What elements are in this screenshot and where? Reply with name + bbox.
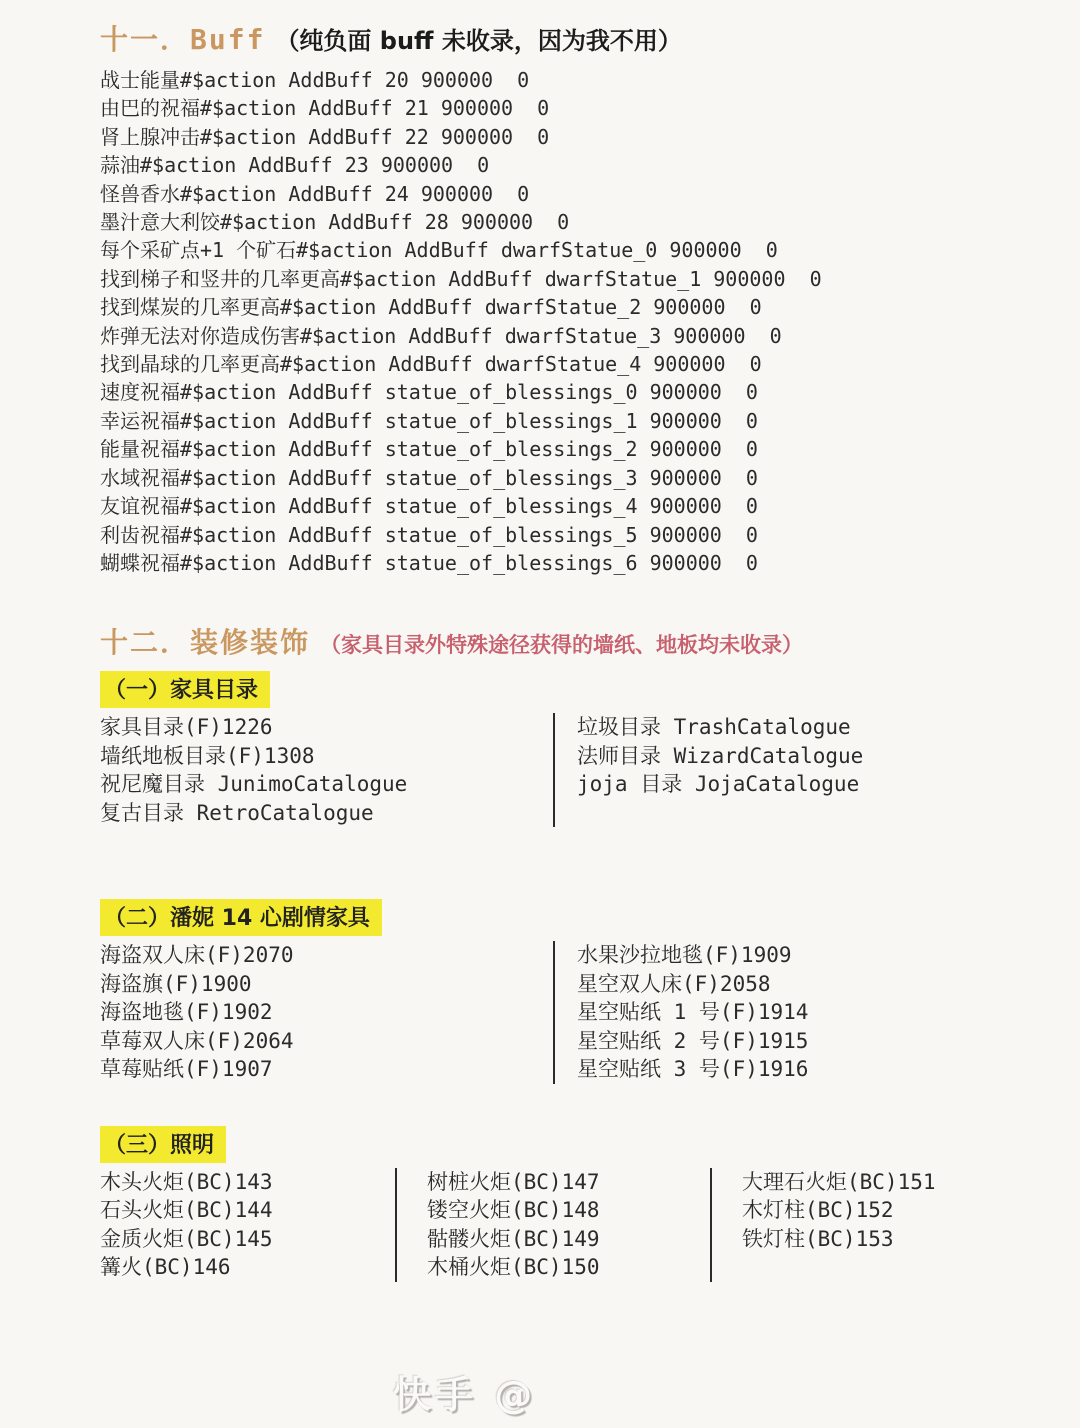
- buff-command-line: 找到梯子和竖井的几率更高#$action AddBuff dwarfStatue…: [100, 265, 1044, 293]
- penny-furniture-subsection: （二）潘妮 14 心剧情家具 海盗双人床(F)2070 海盗旗(F)1900 海…: [100, 899, 1044, 1084]
- furniture-item: 星空贴纸 3 号(F)1916: [577, 1055, 1044, 1084]
- buff-command-line: 找到晶球的几率更高#$action AddBuff dwarfStatue_4 …: [100, 350, 1044, 378]
- lighting-column-3: 大理石火炬(BC)151 木灯柱(BC)152 铁灯柱(BC)153: [710, 1168, 1044, 1282]
- buff-command-line: 幸运祝福#$action AddBuff statue_of_blessings…: [100, 407, 1044, 435]
- decor-section: 十二．装修装饰 （家具目录外特殊途径获得的墙纸、地板均未收录） （一）家具目录 …: [100, 621, 1044, 1282]
- penny-furniture-header: （二）潘妮 14 心剧情家具: [100, 899, 382, 936]
- buff-command-line: 每个采矿点+1 个矿石#$action AddBuff dwarfStatue_…: [100, 236, 1044, 264]
- catalog-item: 墙纸地板目录(F)1308: [100, 742, 553, 771]
- buff-command-line: 能量祝福#$action AddBuff statue_of_blessings…: [100, 435, 1044, 463]
- lighting-item: 骷髅火炬(BC)149: [427, 1225, 710, 1254]
- lighting-item: 金质火炬(BC)145: [100, 1225, 395, 1254]
- furniture-item: 海盗双人床(F)2070: [100, 941, 553, 970]
- catalog-item: 祝尼魔目录 JunimoCatalogue: [100, 770, 553, 799]
- furniture-catalog-subsection: （一）家具目录 家具目录(F)1226 墙纸地板目录(F)1308 祝尼魔目录 …: [100, 671, 1044, 827]
- lighting-item: 木灯柱(BC)152: [742, 1196, 1044, 1225]
- lighting-item: 石头火炬(BC)144: [100, 1196, 395, 1225]
- buff-section-title-row: 十一．Buff （纯负面 buff 未收录，因为我不用）: [100, 18, 1044, 58]
- furniture-item: 星空双人床(F)2058: [577, 970, 1044, 999]
- catalog-item: 垃圾目录 TrashCatalogue: [577, 713, 1044, 742]
- furniture-item: 海盗旗(F)1900: [100, 970, 553, 999]
- buff-command-line: 找到煤炭的几率更高#$action AddBuff dwarfStatue_2 …: [100, 293, 1044, 321]
- lighting-table: 木头火炬(BC)143 石头火炬(BC)144 金质火炬(BC)145 篝火(B…: [100, 1168, 1044, 1282]
- buff-command-line: 速度祝福#$action AddBuff statue_of_blessings…: [100, 378, 1044, 406]
- decor-section-subtitle: （家具目录外特殊途径获得的墙纸、地板均未收录）: [320, 629, 803, 659]
- decor-section-title-row: 十二．装修装饰 （家具目录外特殊途径获得的墙纸、地板均未收录）: [100, 621, 1044, 661]
- furniture-catalog-right-column: 垃圾目录 TrashCatalogue 法师目录 WizardCatalogue…: [553, 713, 1044, 827]
- buff-command-line: 蝴蝶祝福#$action AddBuff statue_of_blessings…: [100, 549, 1044, 577]
- lighting-column-1: 木头火炬(BC)143 石头火炬(BC)144 金质火炬(BC)145 篝火(B…: [100, 1168, 395, 1282]
- penny-furniture-right-column: 水果沙拉地毯(F)1909 星空双人床(F)2058 星空贴纸 1 号(F)19…: [553, 941, 1044, 1084]
- buff-command-line: 利齿祝福#$action AddBuff statue_of_blessings…: [100, 521, 1044, 549]
- lighting-item: 铁灯柱(BC)153: [742, 1225, 1044, 1254]
- buff-command-line: 墨汁意大利饺#$action AddBuff 28 900000 0: [100, 208, 1044, 236]
- buff-command-list: 战士能量#$action AddBuff 20 900000 0 由巴的祝福#$…: [100, 66, 1044, 577]
- lighting-column-2: 树桩火炬(BC)147 镂空火炬(BC)148 骷髅火炬(BC)149 木桶火炬…: [395, 1168, 710, 1282]
- catalog-item: joja 目录 JojaCatalogue: [577, 770, 1044, 799]
- furniture-item: 草莓双人床(F)2064: [100, 1027, 553, 1056]
- buff-command-line: 蒜油#$action AddBuff 23 900000 0: [100, 151, 1044, 179]
- furniture-item: 星空贴纸 2 号(F)1915: [577, 1027, 1044, 1056]
- furniture-catalog-left-column: 家具目录(F)1226 墙纸地板目录(F)1308 祝尼魔目录 JunimoCa…: [100, 713, 553, 827]
- lighting-header: （三）照明: [100, 1126, 226, 1163]
- catalog-item: 法师目录 WizardCatalogue: [577, 742, 1044, 771]
- lighting-item: 镂空火炬(BC)148: [427, 1196, 710, 1225]
- buff-command-line: 怪兽香水#$action AddBuff 24 900000 0: [100, 180, 1044, 208]
- buff-section: 十一．Buff （纯负面 buff 未收录，因为我不用） 战士能量#$actio…: [100, 18, 1044, 577]
- buff-command-line: 友谊祝福#$action AddBuff statue_of_blessings…: [100, 492, 1044, 520]
- furniture-item: 水果沙拉地毯(F)1909: [577, 941, 1044, 970]
- lighting-subsection: （三）照明 木头火炬(BC)143 石头火炬(BC)144 金质火炬(BC)14…: [100, 1126, 1044, 1282]
- furniture-item: 星空贴纸 1 号(F)1914: [577, 998, 1044, 1027]
- penny-furniture-table: 海盗双人床(F)2070 海盗旗(F)1900 海盗地毯(F)1902 草莓双人…: [100, 941, 1044, 1084]
- buff-command-line: 战士能量#$action AddBuff 20 900000 0: [100, 66, 1044, 94]
- decor-section-title: 十二．装修装饰: [100, 621, 310, 661]
- catalog-item: 复古目录 RetroCatalogue: [100, 799, 553, 828]
- kuaishou-watermark: 快手 @: [393, 1364, 536, 1419]
- buff-command-line: 水域祝福#$action AddBuff statue_of_blessings…: [100, 464, 1044, 492]
- lighting-item: 篝火(BC)146: [100, 1253, 395, 1282]
- buff-command-line: 肾上腺冲击#$action AddBuff 22 900000 0: [100, 123, 1044, 151]
- lighting-item: 树桩火炬(BC)147: [427, 1168, 710, 1197]
- document-page: 十一．Buff （纯负面 buff 未收录，因为我不用） 战士能量#$actio…: [0, 0, 1080, 1428]
- lighting-item: 木桶火炬(BC)150: [427, 1253, 710, 1282]
- lighting-item: 木头火炬(BC)143: [100, 1168, 395, 1197]
- furniture-catalog-table: 家具目录(F)1226 墙纸地板目录(F)1308 祝尼魔目录 JunimoCa…: [100, 713, 1044, 827]
- furniture-item: 草莓贴纸(F)1907: [100, 1055, 553, 1084]
- buff-command-line: 由巴的祝福#$action AddBuff 21 900000 0: [100, 94, 1044, 122]
- buff-section-title: 十一．Buff: [100, 18, 265, 58]
- lighting-item: 大理石火炬(BC)151: [742, 1168, 1044, 1197]
- penny-furniture-left-column: 海盗双人床(F)2070 海盗旗(F)1900 海盗地毯(F)1902 草莓双人…: [100, 941, 553, 1084]
- buff-section-subtitle: （纯负面 buff 未收录，因为我不用）: [275, 21, 681, 56]
- furniture-item: 海盗地毯(F)1902: [100, 998, 553, 1027]
- catalog-item: 家具目录(F)1226: [100, 713, 553, 742]
- buff-command-line: 炸弹无法对你造成伤害#$action AddBuff dwarfStatue_3…: [100, 322, 1044, 350]
- furniture-catalog-header: （一）家具目录: [100, 671, 270, 708]
